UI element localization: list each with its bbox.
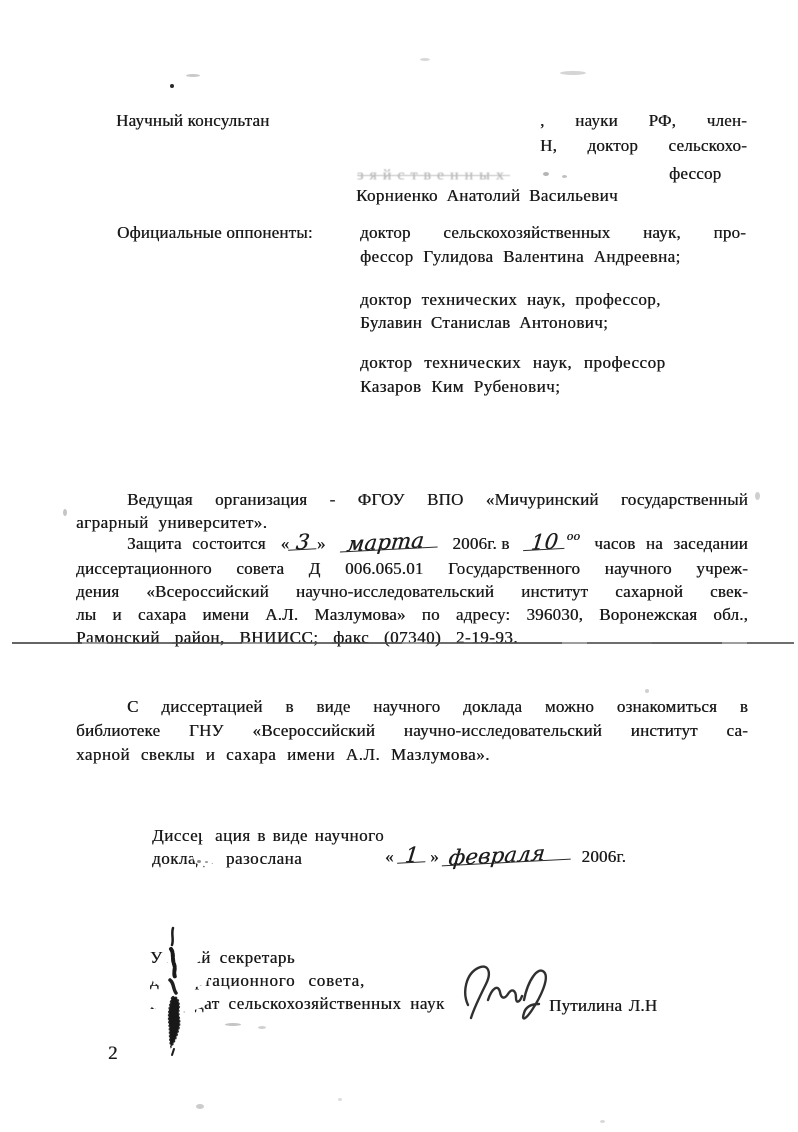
scan-speck <box>562 175 567 178</box>
consultant-smudged-text: зяйственных <box>357 167 510 185</box>
scan-speck <box>170 84 174 88</box>
scan-speck <box>645 689 649 693</box>
handwritten-hour-group: 10оо <box>524 534 579 554</box>
opponent-2-line-2: Булавин Станислав Антонович; <box>360 313 608 333</box>
leading-org-line-1: Ведущая организация - ФГОУ ВПО «Мичуринс… <box>76 490 748 510</box>
scan-speck <box>338 1098 342 1101</box>
defense-text-1: Защита состоится <box>127 534 266 554</box>
scan-speck <box>205 861 208 863</box>
dispatch-year: 2006г. <box>582 847 627 866</box>
correction-blotch <box>193 847 216 866</box>
handwritten-hour: 10 <box>524 534 567 551</box>
handwritten-hour-superscript: оо <box>567 530 581 543</box>
scan-speck <box>560 71 586 75</box>
scan-speck <box>258 1026 266 1029</box>
defense-line-2: диссертационного совета Д 006.065.01 Гос… <box>76 559 748 579</box>
scan-speck <box>420 58 430 61</box>
opponent-2-line-1: доктор технических наук, профессор, <box>360 290 661 310</box>
horizontal-rule <box>12 642 794 644</box>
scan-speck <box>755 492 760 500</box>
defense-line-1: Защита состоится «3» марта 2006г. в 10оо… <box>127 534 748 554</box>
defense-line-3: дения «Всероссийский научно-исследовател… <box>76 582 748 602</box>
dispatch-line-1: Диссертация в виде научного <box>152 826 384 846</box>
consultant-fragment-2: Н, доктор сельскохо- <box>540 136 747 156</box>
opponent-1-line-1: доктор сельскохозяйственных наук, про- <box>360 223 746 243</box>
handwritten-day: 3 <box>288 534 317 550</box>
handwritten-dispatch-day: 1 <box>397 847 426 863</box>
dispatch-quote-close: » <box>430 847 439 866</box>
scan-speck <box>600 1120 605 1123</box>
defense-line-4: лы и сахара имени А.Л. Мазлумова» по адр… <box>76 605 748 625</box>
opponent-3-line-2: Казаров Ким Рубенович; <box>360 377 560 397</box>
defense-line-5: Рамонский район, ВНИИСС; факс (07340) 2-… <box>76 628 518 648</box>
dispatch-quote-open: « <box>385 847 394 866</box>
library-line-1: С диссертацией в виде научного доклада м… <box>76 697 748 717</box>
leading-org-line-2: аграрный университет». <box>76 513 267 533</box>
scan-speck <box>186 74 200 77</box>
handwritten-month: марта <box>339 532 438 552</box>
consultant-fragment-1: , науки РФ, член- <box>540 111 747 131</box>
opponents-label: Официальные оппоненты: <box>117 223 313 243</box>
dispatch-line-2: доклада разослана <box>152 849 302 869</box>
dispatch-date: « 1 » февраля 2006г. <box>385 847 626 867</box>
page-number: 2 <box>108 1044 118 1064</box>
scan-speck <box>543 172 549 176</box>
ink-smudge <box>161 925 187 1057</box>
consultant-fragment-3: фессор <box>669 164 721 184</box>
document-page: Научный консультан , науки РФ, член- Н, … <box>0 0 798 1132</box>
correction-blotch <box>201 823 216 845</box>
scan-speck <box>197 860 201 863</box>
consultant-label: Научный консультан <box>116 111 269 131</box>
secretary-name: Путилина Л.Н <box>549 996 657 1016</box>
defense-text-2: 2006г. в <box>452 534 509 554</box>
library-line-2: библиотеке ГНУ «Всероссийский научно-исс… <box>76 721 748 741</box>
defense-quote-group: «3» <box>281 534 326 554</box>
scan-speck <box>225 1023 241 1026</box>
consultant-name: Корниенко Анатолий Васильевич <box>356 186 618 206</box>
library-line-3: харной свеклы и сахара имени А.Л. Мазлум… <box>76 745 490 765</box>
handwritten-dispatch-month: февраля <box>442 845 572 867</box>
signature <box>458 958 558 1028</box>
opponent-1-line-2: фессор Гулидова Валентина Андреевна; <box>360 247 681 267</box>
opponent-3-line-1: доктор технических наук, профессор <box>360 353 665 373</box>
scan-speck <box>63 509 67 516</box>
scan-speck <box>196 1104 204 1109</box>
defense-text-3: часов на заседании <box>594 534 748 554</box>
